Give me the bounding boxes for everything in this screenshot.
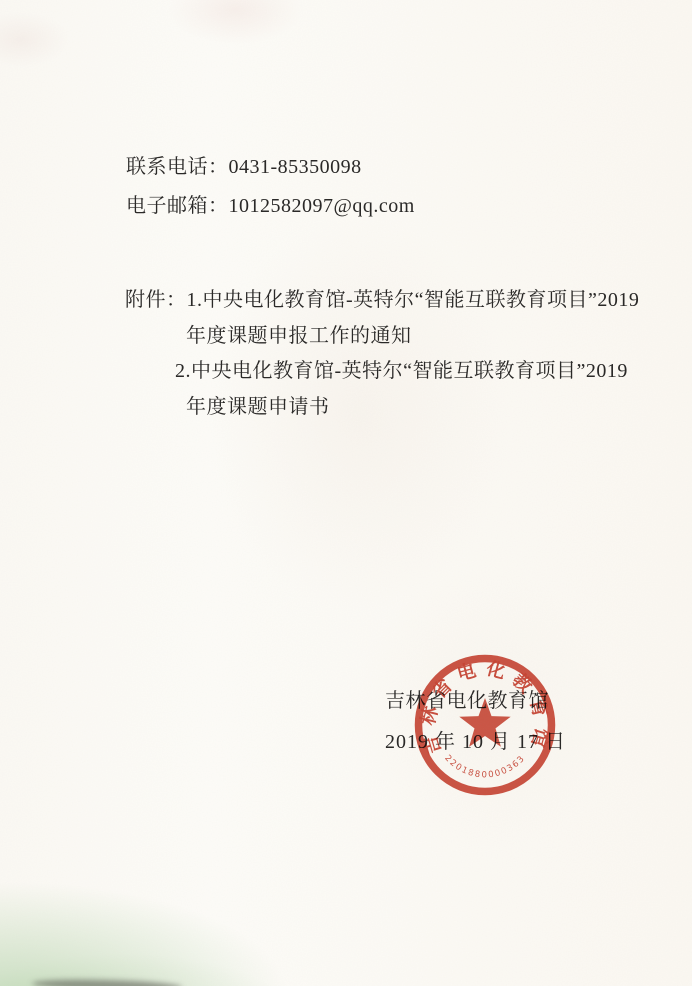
seal-serial-number: 2201880000363 <box>442 753 527 780</box>
attachment-2-title-part1: 中央电化教育馆-英特尔“智能互联教育项目”2019 <box>191 360 628 382</box>
contact-phone-value: 0431-85350098 <box>229 156 362 178</box>
attachment-1-line-2: 年度课题申报工作的通知 <box>125 319 639 355</box>
contact-phone-line: 联系电话：0431-85350098 <box>126 148 415 187</box>
attachment-1-line-1: 附件：1.中央电化教育馆-英特尔“智能互联教育项目”2019 <box>125 283 639 319</box>
attachments-label: 附件： <box>125 289 187 311</box>
contact-email-value: 1012582097@qq.com <box>229 195 415 217</box>
page-bottom-shadow <box>32 978 182 986</box>
attachment-1-title-part1: 中央电化教育馆-英特尔“智能互联教育项目”2019 <box>203 289 640 311</box>
contact-email-line: 电子邮箱：1012582097@qq.com <box>126 187 415 226</box>
attachment-1-number: 1. <box>187 289 203 311</box>
attachments-block: 附件：1.中央电化教育馆-英特尔“智能互联教育项目”2019 年度课题申报工作的… <box>125 283 639 425</box>
official-seal-stamp: 吉林省电化教育馆 2201880000363 <box>403 643 567 807</box>
document-page: 联系电话：0431-85350098 电子邮箱：1012582097@qq.co… <box>0 0 692 986</box>
attachment-2-line-2: 年度课题申请书 <box>125 390 639 426</box>
attachment-2-line-1: 2.中央电化教育馆-英特尔“智能互联教育项目”2019 <box>125 354 639 390</box>
contact-email-label: 电子邮箱： <box>126 195 229 217</box>
attachment-2-number: 2. <box>175 360 191 382</box>
seal-star-icon <box>459 698 510 747</box>
contact-phone-label: 联系电话： <box>126 156 229 178</box>
contact-block: 联系电话：0431-85350098 电子邮箱：1012582097@qq.co… <box>126 148 415 226</box>
